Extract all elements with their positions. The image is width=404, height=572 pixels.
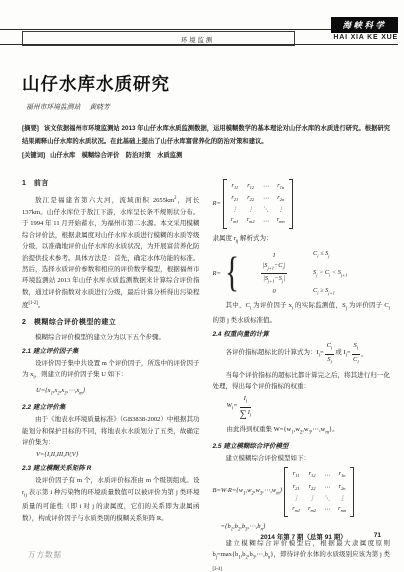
abstract-label: [摘要] [22,125,39,132]
matrix-cell: ⋯ [324,472,330,479]
matrix-cell: r21 [231,194,238,203]
piecewise-brace: { [225,253,239,293]
fraction-denominator: Ci [352,355,361,367]
matrix-right-bracket [289,179,293,229]
matrix-cell: rm2 [308,505,316,514]
fraction-numerator: Ci [325,342,335,355]
matrix-cell: rm2 [247,216,255,225]
weight-lhs: Wi= [227,400,238,415]
matrix-cell: r22 [309,483,316,492]
page-footer: 2014 年第 7 期（总第 91 期） 71 [0,532,404,541]
sigma-symbol: ∑ [240,411,247,419]
section-2-1-heading: 2.1 建立评价因子集 [22,346,200,357]
piecewise-lhs: R= [213,268,221,279]
case-condition: Sj > Ci < Sj+1 [313,269,347,278]
ratio-mid: 或 Ii= [335,347,350,362]
matrix-cell: r11 [232,182,239,191]
journal-name-cn: 海峡科学 [342,19,386,31]
fraction-numerator: Ii [240,395,252,408]
matrix-cell: r11 [293,470,300,479]
sigma-operand: Ii [248,409,251,420]
matrix-cell: rmn [338,505,346,514]
conclusion-paragraph: 建立模糊综合评价模型后，根据最大隶属度原则 bj=max{b1,b2,b3,⋯,… [213,538,391,572]
ratio-formula-line: 各评价指标超标比的计算式为：Ii= Ci Si 或 Ii= Si Ci 。 [213,342,391,367]
section-1-heading: 1 前言 [22,178,200,189]
header-rule-top [0,29,331,30]
matrix-cell: rmn [277,216,285,225]
matrix-cell: ⋯ [263,218,269,225]
author-name: 黄晓芳 [89,104,109,111]
keywords-text: 山仔水库 模糊综合评价 防治对策 水质监测 [50,152,182,159]
matrix-cell: ⋱ [324,495,330,502]
matrix: r11r12⋯r1nr21r22⋯r2n⋮⋮⋱⋮rm1rm2⋯rmn [223,179,293,229]
header-rule-bottom [0,44,398,45]
abstract-paragraph: [摘要]该文依据福州市环境监测站 2013 年山仔水库水质监测数据，运用模糊数学… [22,123,390,148]
matrix-cell: r22 [247,194,254,203]
matrix-cell: r12 [309,470,316,479]
author-affiliation: 福州市环境监测站 [26,104,80,111]
matrix-cell: ⋮ [293,495,299,502]
keywords-paragraph: [关键词]山仔水库 模糊综合评价 防治对策 水质监测 [22,150,390,163]
section-2-1-paragraph: 设评价因子集中共设置 m 个评价因子，所选中的评价因子为 xi，则建立的评价因子… [22,358,200,384]
right-column: R= r11r12⋯r1nr21r22⋯r2n⋮⋮⋱⋮rm1rm2⋯rmn 隶属… [213,176,391,572]
matrix-cell: ⋮ [232,206,238,213]
case-condition: Ci ≤ Sj [313,250,347,259]
ratio-fraction-2: Si Ci [352,342,361,367]
evaluation-set-formula: V={I,II,III,IV,V} [36,449,200,460]
section-2-heading: 2 模糊综合评价模型的建立 [22,317,200,328]
journal-page: 海峡科学 HAI XIA KE XUE 环境监测 山仔水库水质研究 福州市环境监… [0,0,404,572]
abstract-block: [摘要]该文依据福州市环境监测站 2013 年山仔水库水质监测数据，运用模糊数学… [22,123,390,165]
section-2-5-heading: 2.5 建立模糊综合评价模型 [213,441,391,452]
case-value: 0 [243,288,305,295]
matrix-grid: r11r12⋯r1nr21r22⋯r2n⋮⋮⋱⋮rm1rm2⋯rmn [227,179,289,229]
section-2-3-heading: 2.3 建立模糊关系矩阵 R [22,463,200,474]
weight-fraction: Ii ∑Ii [240,395,252,420]
matrix-lhs: R= [213,198,221,209]
keywords-label: [关键词] [22,152,45,159]
case-value: 1 [243,252,305,259]
matrix-cell: ⋯ [324,506,330,513]
fraction-denominator: Si [325,355,335,367]
membership-fraction: |Sj+1−Ci| |Sj+1−Sj| [261,262,288,285]
section-2-2-paragraph: 由于《地表水环境质量标准》（GB3838-2002）中根据其功能划分和保护目标的… [22,414,200,448]
body-columns: 1 前言 敖江是福建省第六大河，流域面积 2655km2，河长 137km。山仔… [22,176,390,572]
normalization-paragraph: 当每个评价指标的超标比都计算完之后，将其进行归一化处理，得出每个评价指标的权重： [213,370,391,393]
piecewise-case: |Sj+1−Ci| |Sj+1−Sj| Sj > Ci < Sj+1 [243,262,347,285]
matrix-cell: ⋯ [324,484,330,491]
watermark: 万方数据 [28,549,62,560]
page-number: 71 [374,532,381,541]
matrix-cell: r1n [277,182,284,191]
issue-info: 2014 年第 7 期（总第 91 期） [260,532,346,541]
matrix-cell: rm1 [231,216,239,225]
matrix-cell: r12 [247,182,254,191]
section-2-intro: 模糊综合评价模型的建立分为以下五个步骤。 [22,332,200,343]
section-2-4-heading: 2.4 权重向量的计算 [213,329,391,340]
matrix-cell: ⋮ [339,495,345,502]
matrix-cell: ⋱ [263,206,269,213]
piecewise-cases: 1 Ci ≤ Sj |Sj+1−Ci| |Sj+1−Sj| Sj > Ci < … [243,250,347,296]
journal-name-pinyin: HAI XIA KE XUE [333,34,398,41]
model-equation: B=W·R={w1,w2,w3,⋯,wm} r11r12⋯r1nr21r22⋯r… [213,467,391,517]
factor-set-formula: U={x1,x2,x3,⋯,xm} [36,385,200,400]
matrix-cell: r1n [339,470,346,479]
piecewise-case: 1 Ci ≤ Sj [243,250,347,259]
relation-matrix-equation: R= r11r12⋯r1nr21r22⋯r2n⋮⋮⋱⋮rm1rm2⋯rmn [213,179,391,229]
matrix-cell: r2n [339,483,346,492]
matrix-grid: r11r12⋯r1nr21r22⋯r2n⋮⋮⋱⋮rm1rm2⋯rmn [288,467,350,517]
journal-name-badge: 海峡科学 [331,17,398,33]
matrix-cell: ⋮ [309,495,315,502]
matrix-cell: rm1 [292,505,300,514]
fraction-denominator: ∑Ii [240,408,252,420]
left-column: 1 前言 敖江是福建省第六大河，流域面积 2655km2，河长 137km。山仔… [22,176,200,572]
matrix-cell: r21 [293,483,300,492]
column-name: 环境监测 [181,35,214,44]
ratio-pre: 各评价指标超标比的计算式为：Ii= [226,347,324,362]
fraction-denominator: |Sj+1−Sj| [261,274,288,285]
case-value: |Sj+1−Ci| |Sj+1−Sj| [243,262,305,285]
matrix-cell: ⋮ [248,206,254,213]
matrix-cell: r2n [277,194,284,203]
ratio-post: 。 [361,349,368,360]
weight-equation: Wi= Ii ∑Ii [227,395,391,420]
weight-set-line: 由此得到权重集 W={w1,w2,w3,⋯,wm}。 [227,424,391,439]
piecewise-case: 0 Ci ≥ Sj+1 [243,287,347,296]
fraction-numerator: Si [352,342,361,355]
section-2-3-paragraph: 设评价因子有 m 个，水质评价标准由 m 个级别组成。设 rij 表示第 i 种… [22,475,200,524]
author-line: 福州市环境监测站黄晓芳 [26,101,110,111]
matrix-cell: ⋮ [278,206,284,213]
membership-piecewise-equation: R= { 1 Ci ≤ Sj |Sj+1−Ci| |Sj+1−Sj| [213,250,391,296]
abstract-text: 该文依据福州市环境监测站 2013 年山仔水库水质监测数据，运用模糊数学的基本理… [22,125,390,145]
section-1-paragraph: 敖江是福建省第六大河，流域面积 2655km2，河长 137km。山仔水库位于敖… [22,193,200,311]
membership-note: 其中，Ci 为评价因子 xi 的实际监测值，Sj 为评价因子 Ci 的第 j 类… [213,300,391,326]
model-lhs: B=W·R={w1,w2,w3,⋯,wm} [213,485,283,500]
model-intro: 建立模糊综合评价模型如下： [213,453,391,464]
matrix: r11r12⋯r1nr21r22⋯r2n⋮⋮⋱⋮rm1rm2⋯rmn [284,467,354,517]
matrix-cell: ⋯ [263,195,269,202]
case-condition: Ci ≥ Sj+1 [313,287,347,296]
matrix-right-bracket [350,467,354,517]
ratio-fraction-1: Ci Si [325,342,335,367]
article-title: 山仔水库水质研究 [22,71,170,96]
membership-intro: 隶属度 rij 解析式为： [213,233,391,248]
matrix-cell: ⋯ [263,183,269,190]
section-2-2-heading: 2.2 建立评价集 [22,402,200,413]
fraction-numerator: |Sj+1−Ci| [261,262,288,274]
